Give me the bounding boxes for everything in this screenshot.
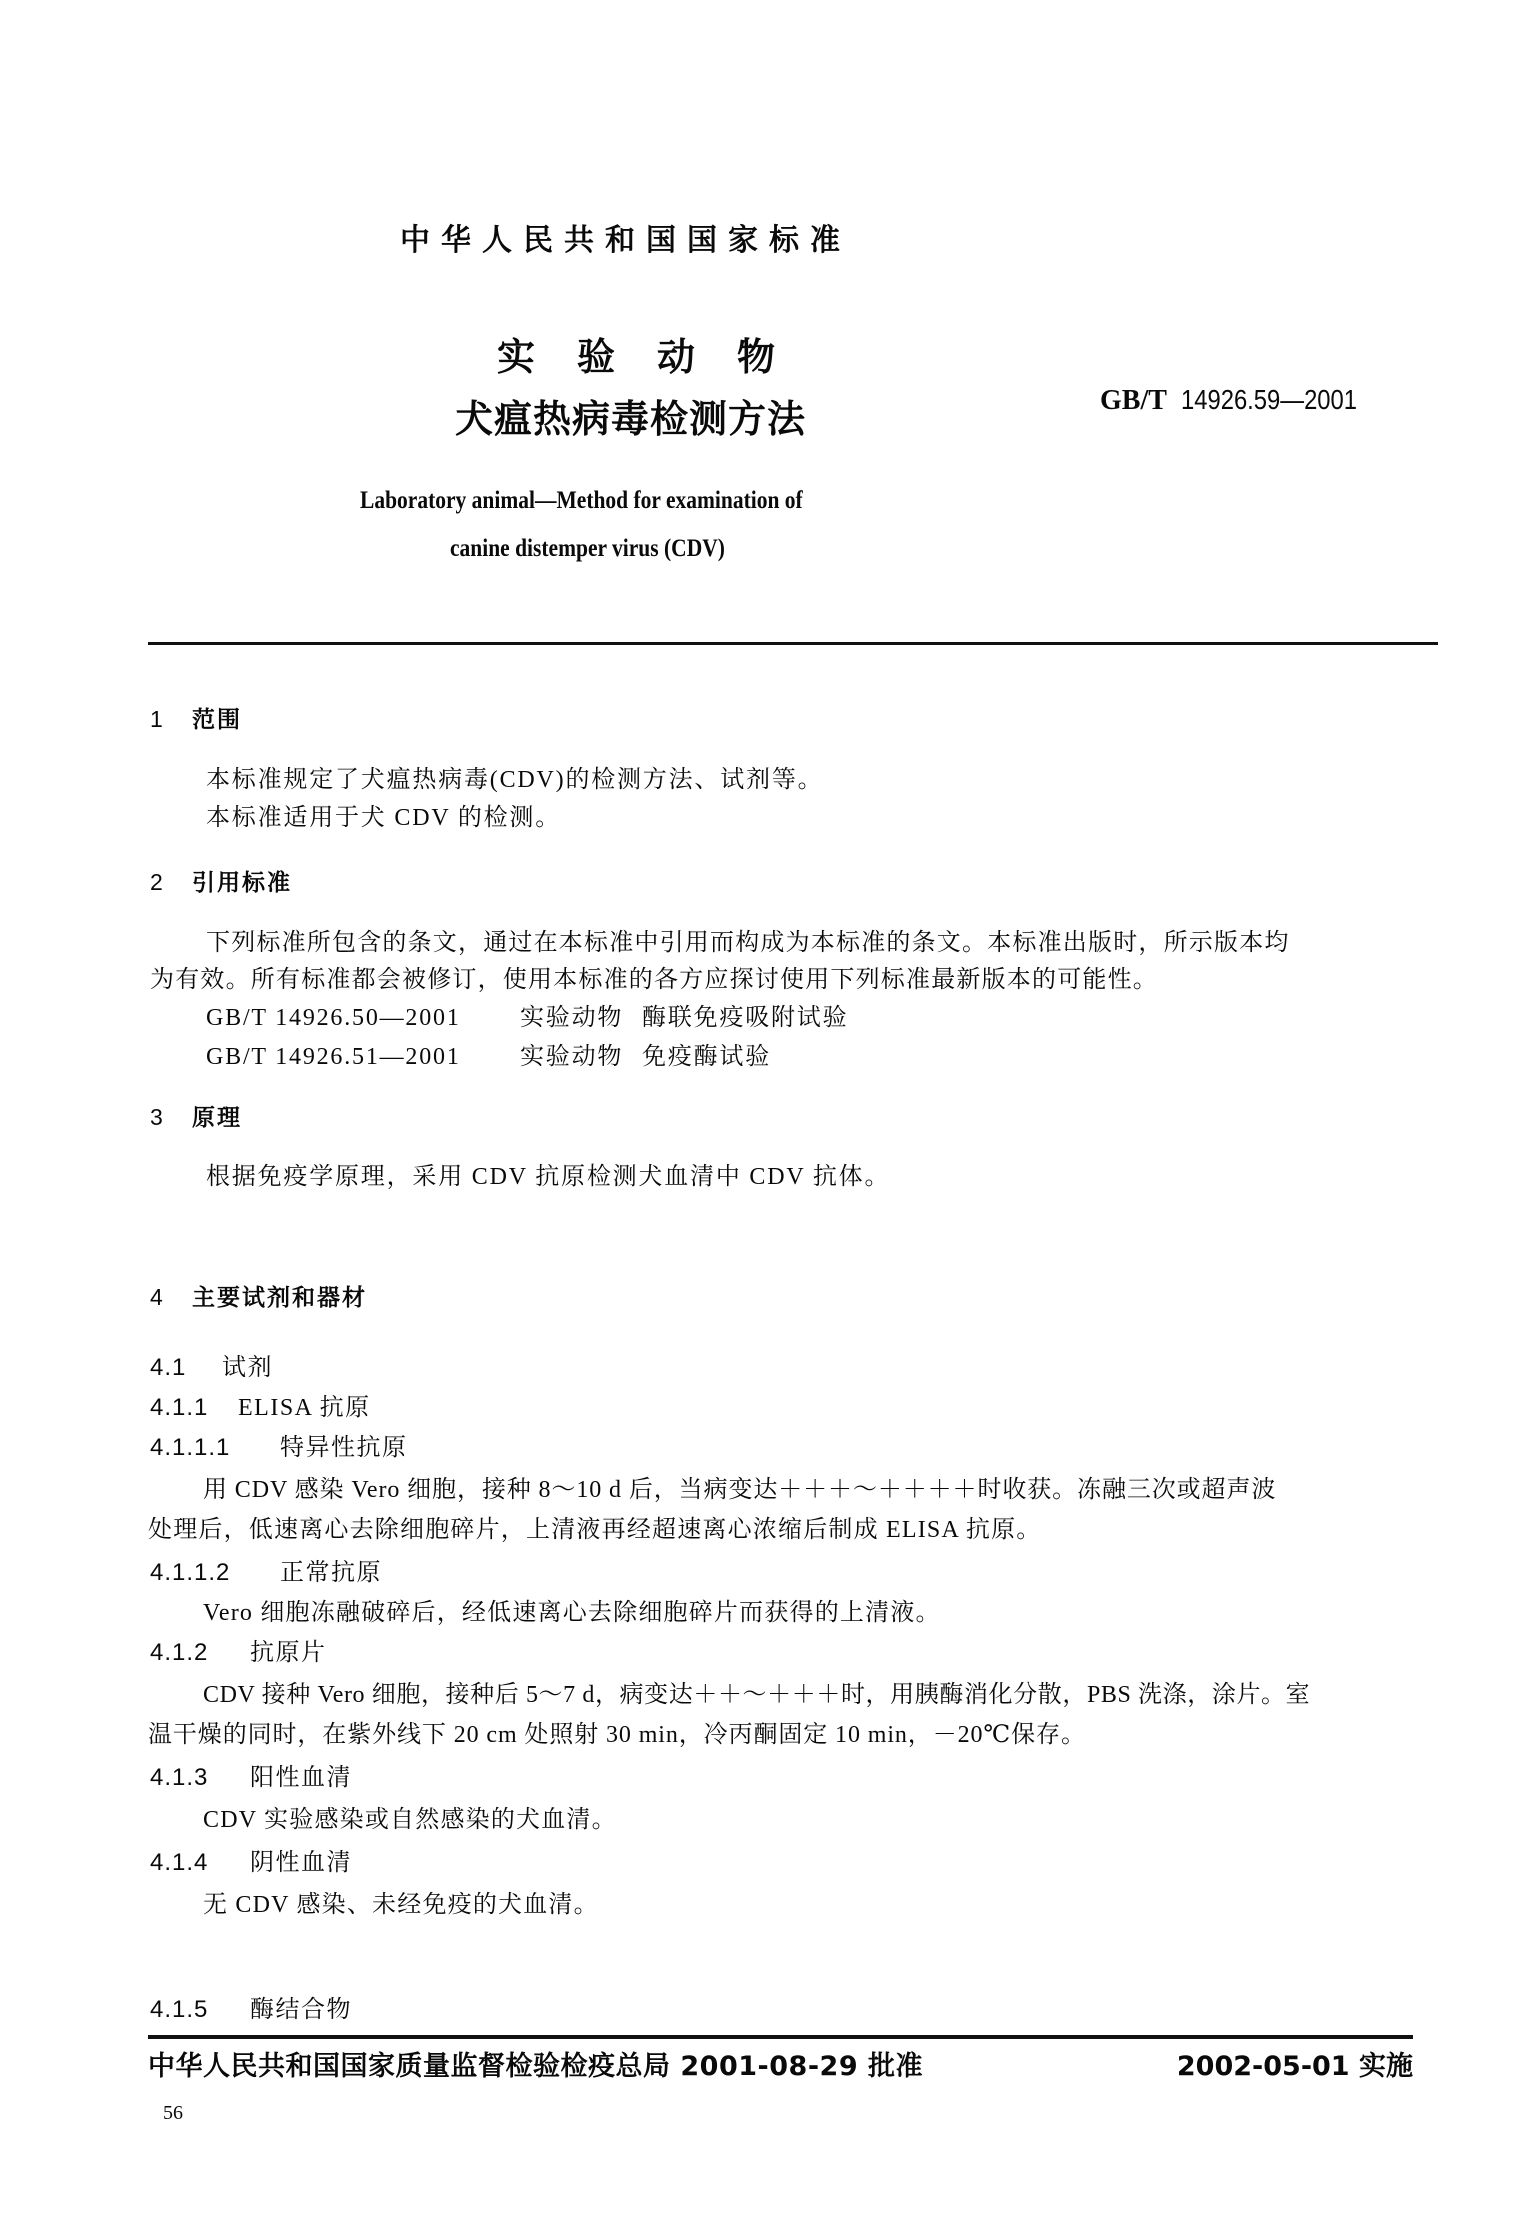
clause-heading-4-1-1: 4.1.1ELISA 抗原 — [150, 1396, 371, 1420]
footer-divider — [148, 2035, 1413, 2039]
clause-number: 4.1.5 — [150, 1998, 250, 2022]
implementation-date: 2002-05-01 实施 — [1177, 2053, 1413, 2080]
clause-title: 阴性血清 — [250, 1850, 352, 1876]
clause-title: 特异性抗原 — [280, 1435, 408, 1461]
clause-number: 4.1.1.1 — [150, 1436, 280, 1460]
section-title: 主要试剂和器材 — [192, 1285, 367, 1311]
clause-number: 4.1.4 — [150, 1851, 250, 1875]
clause-heading-4-1-1-2: 4.1.1.2正常抗原 — [150, 1561, 382, 1585]
english-title-line-1: Laboratory animal—Method for examination… — [360, 488, 803, 513]
standard-type-heading: 中华人民共和国国家标准 — [400, 226, 851, 256]
clause-text: 用 CDV 感染 Vero 细胞，接种 8～10 d 后，当病变达＋＋＋～＋＋＋… — [203, 1478, 1276, 1502]
clause-text: Vero 细胞冻融破碎后，经低速离心去除细胞碎片而获得的上清液。 — [203, 1601, 941, 1625]
clause-heading-4-1-4: 4.1.4阴性血清 — [150, 1851, 352, 1875]
reference-title: 免疫酶试验 — [642, 1044, 771, 1070]
section-number: 4 — [150, 1286, 192, 1309]
header-divider — [148, 642, 1438, 645]
clause-heading-4-1-1-1: 4.1.1.1特异性抗原 — [150, 1436, 408, 1460]
document-title-line-2: 犬瘟热病毒检测方法 — [455, 400, 806, 438]
reference-category: 实验动物 — [520, 1045, 642, 1069]
clause-text: 温干燥的同时，在紫外线下 20 cm 处照射 30 min，冷丙酮固定 10 m… — [148, 1723, 1086, 1747]
section-title: 范围 — [192, 707, 242, 733]
page-number: 56 — [163, 2103, 183, 2123]
english-title-line-2: canine distemper virus (CDV) — [450, 536, 725, 561]
clause-title: 阳性血清 — [250, 1765, 352, 1791]
clause-title: 抗原片 — [250, 1640, 327, 1666]
section-heading-4: 4主要试剂和器材 — [150, 1286, 367, 1310]
paragraph: 本标准规定了犬瘟热病毒(CDV)的检测方法、试剂等。 — [206, 768, 823, 792]
paragraph: 下列标准所包含的条文，通过在本标准中引用而构成为本标准的条文。本标准出版时，所示… — [206, 931, 1290, 955]
paragraph: 本标准适用于犬 CDV 的检测。 — [206, 806, 561, 830]
reference-item: GB/T 14926.51—2001实验动物免疫酶试验 — [206, 1045, 771, 1069]
reference-title: 酶联免疫吸附试验 — [642, 1005, 848, 1031]
clause-text: CDV 接种 Vero 细胞，接种后 5～7 d，病变达＋＋～＋＋＋时，用胰酶消… — [203, 1683, 1310, 1707]
section-title: 引用标准 — [192, 870, 292, 896]
clause-number: 4.1 — [150, 1356, 222, 1380]
clause-heading-4-1-2: 4.1.2抗原片 — [150, 1641, 327, 1665]
paragraph: 根据免疫学原理，采用 CDV 抗原检测犬血清中 CDV 抗体。 — [206, 1165, 890, 1189]
section-heading-3: 3原理 — [150, 1106, 242, 1130]
reference-code: GB/T 14926.50—2001 — [206, 1006, 520, 1030]
clause-heading-4-1-3: 4.1.3阳性血清 — [150, 1766, 352, 1790]
clause-heading-4-1-5: 4.1.5酶结合物 — [150, 1998, 352, 2022]
approval-statement: 中华人民共和国国家质量监督检验检疫总局 2001-08-29 批准 — [148, 2053, 923, 2080]
clause-title: 酶结合物 — [250, 1997, 352, 2023]
reference-item: GB/T 14926.50—2001实验动物酶联免疫吸附试验 — [206, 1006, 848, 1030]
standard-code-prefix: GB/T — [1100, 385, 1167, 416]
clause-title: 试剂 — [222, 1355, 273, 1381]
paragraph: 为有效。所有标准都会被修订，使用本标准的各方应探讨使用下列标准最新版本的可能性。 — [150, 968, 1158, 992]
clause-number: 4.1.3 — [150, 1766, 250, 1790]
section-heading-1: 1范围 — [150, 708, 242, 732]
clause-heading-4-1: 4.1试剂 — [150, 1356, 273, 1380]
clause-text: 处理后，低速离心去除细胞碎片，上清液再经超速离心浓缩后制成 ELISA 抗原。 — [148, 1518, 1041, 1542]
clause-number: 4.1.2 — [150, 1641, 250, 1665]
clause-title: 正常抗原 — [280, 1560, 382, 1586]
section-number: 3 — [150, 1106, 192, 1129]
section-title: 原理 — [192, 1105, 242, 1131]
document-title-line-1: 实验动物 — [497, 338, 817, 376]
clause-title: ELISA 抗原 — [238, 1395, 371, 1421]
standard-code-number: 14926.59—2001 — [1181, 386, 1357, 414]
standard-code: GB/T 14926.59—2001 — [1100, 386, 1388, 415]
section-number: 2 — [150, 871, 192, 894]
reference-code: GB/T 14926.51—2001 — [206, 1045, 520, 1069]
reference-category: 实验动物 — [520, 1006, 642, 1030]
clause-number: 4.1.1 — [150, 1396, 238, 1420]
section-heading-2: 2引用标准 — [150, 871, 292, 895]
clause-text: 无 CDV 感染、未经免疫的犬血清。 — [203, 1893, 599, 1917]
section-number: 1 — [150, 708, 192, 731]
clause-text: CDV 实验感染或自然感染的犬血清。 — [203, 1808, 617, 1832]
clause-number: 4.1.1.2 — [150, 1561, 280, 1585]
